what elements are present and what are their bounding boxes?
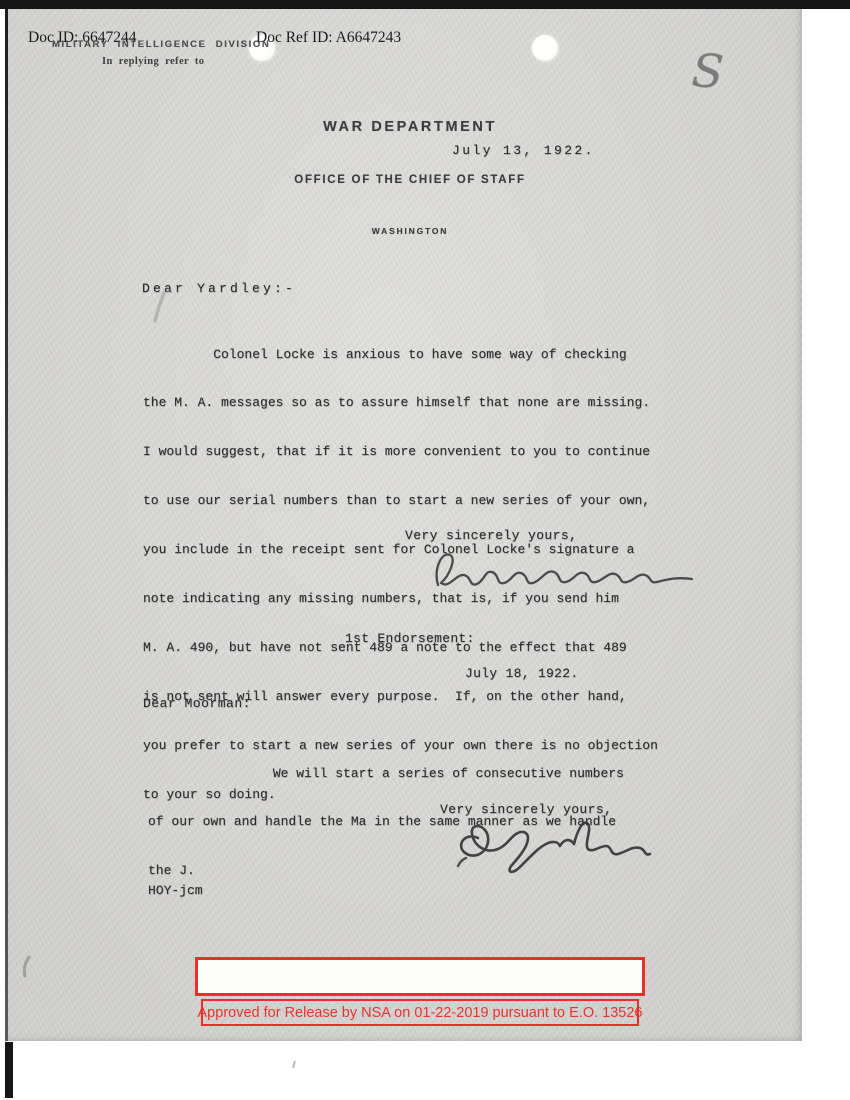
hole-punch-right (532, 35, 558, 61)
letter-closing: Very sincerely yours, (405, 528, 577, 544)
pencil-smudge-icon (150, 290, 170, 324)
release-stamp: Approved for Release by NSA on 01-22-201… (195, 957, 645, 996)
endorsement-heading: 1st Endorsement: (345, 631, 475, 647)
scanned-document-page: Doc ID: 6647244 Doc Ref ID: A6647243 MIL… (0, 0, 850, 1100)
letterhead-office: OFFICE OF THE CHIEF OF STAFF (160, 174, 660, 186)
letter-body-line: the M. A. messages so as to assure himse… (143, 395, 658, 411)
letter-body-line: Colonel Locke is anxious to have some wa… (143, 347, 658, 363)
signature-h-o-yardley-icon (450, 804, 655, 874)
handwritten-s-mark: S (690, 43, 725, 99)
doc-ref-id-label: Doc Ref ID: A6647243 (256, 29, 401, 47)
endorsement-salutation: Dear Moorman: (143, 696, 251, 712)
pencil-tick-icon (19, 953, 33, 979)
letterhead-center-block: WAR DEPARTMENT OFFICE OF THE CHIEF OF ST… (160, 83, 660, 272)
letterhead-refer-note: In replying refer to (102, 56, 204, 67)
typist-initials: HOY-jcm (148, 883, 203, 899)
signature-frank-moorman-icon (428, 544, 698, 594)
scan-edge-bottom-bar (5, 1042, 13, 1098)
letter-date: July 13, 1922. (452, 143, 595, 159)
release-stamp-text: Approved for Release by NSA on 01-22-201… (201, 999, 639, 1026)
letter-body-line: I would suggest, that if it is more conv… (143, 444, 658, 460)
letterhead-division: MILITARY INTELLIGENCE DIVISION (52, 39, 270, 50)
endorsement-body-line: We will start a series of consecutive nu… (148, 766, 624, 782)
letterhead-city: WASHINGTON (160, 226, 660, 236)
scan-edge-left-line (5, 9, 8, 1041)
letter-body-line: to use our serial numbers than to start … (143, 493, 658, 509)
endorsement-date: July 18, 1922. (465, 666, 578, 682)
letterhead-department: WAR DEPARTMENT (160, 119, 660, 135)
scan-edge-top-bar (0, 0, 850, 9)
